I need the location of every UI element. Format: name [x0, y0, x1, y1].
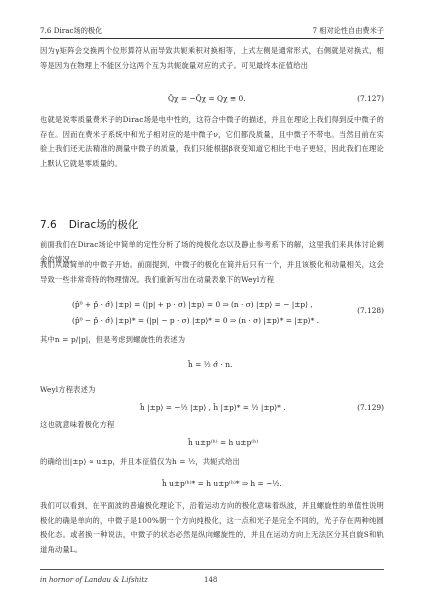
paragraph-6: Weyl方程表述为 — [40, 383, 384, 398]
paragraph-5: 其中n = p/|p|，但是考虑到螺旋性的表述为 — [40, 333, 384, 348]
equation-number: (7.129) — [357, 403, 384, 412]
paragraph-4: 我们从最简单的中微子开始。前面提到，中微子的极化在简并后只有一个，并且该极化和动… — [40, 258, 384, 287]
section-title: Dirac场的极化 — [69, 219, 139, 231]
page-number: 148 — [204, 576, 217, 584]
paragraph-8: 的确给出|±p⟩ ∝ u±p，并且本征值仅为h = ½，共轭式给出 — [40, 455, 384, 470]
header-chapter: 7 相对论性自由费米子 — [312, 26, 384, 36]
equation-body: ĥ |±p⟩ = −½ |±p⟩ , ĥ |±p⟩* = ½ |±p⟩* . — [140, 403, 286, 412]
equation-number: (7.127) — [357, 94, 384, 103]
running-header: 7.6 Dirac场的极化 7 相对论性自由费米子 — [40, 26, 384, 39]
equation-number: (7.128) — [357, 306, 384, 315]
equation-body: ĥ u±p⁽ʰ⁾* = h u±p⁽ʰ⁾* ⇒ h = −½. — [162, 479, 282, 488]
paragraph-1: 因为γ矩阵会交换两个位形算符从而导致共轭乘积对换相等，上式左侧是通常形式，右侧就… — [40, 44, 384, 73]
equation-body: (p̂⁰ − p̂ · σ̂) |±p⟩* = (|p| − p · σ) |±… — [72, 316, 319, 325]
equation-body: ĥ = ½ σ̂ · n. — [188, 360, 232, 369]
footer-dedication: in hornor of Landau & Lifshitz — [40, 576, 148, 584]
section-number: 7.6 — [40, 219, 57, 231]
section-heading: 7.6Dirac场的极化 — [40, 217, 138, 232]
equation-body: ĥ u±p⁽ʰ⁾ = h u±p⁽ʰ⁾ — [188, 438, 258, 447]
equation-body: Q̂χ = −Q̂χ = Qχ ≡ 0. — [168, 94, 246, 103]
header-section: 7.6 Dirac场的极化 — [40, 26, 102, 36]
paragraph-7: 这也就意味着极化方程 — [40, 418, 384, 433]
page-footer: in hornor of Landau & Lifshitz 148 — [40, 569, 384, 570]
paragraph-9: 我们可以看到，在平面波的普遍极化理论下，沿着运动方向的极化意味着纵波，并且螺旋性… — [40, 499, 384, 557]
paragraph-2: 也就是说零质量费米子的Dirac场是电中性的，这符合中微子的描述，并且在理论上我… — [40, 113, 384, 171]
equation-body: (p̂⁰ + p̂ · σ̂) |±p⟩ = (|p| + p · σ) |±p… — [72, 300, 313, 309]
